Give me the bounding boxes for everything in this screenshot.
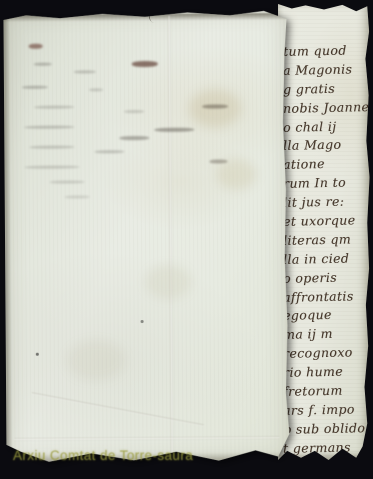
manuscript-line: lit jus re: [283,192,369,213]
photo-frame: tum quoda Magonisg gratisnobis Joanneo c… [0,0,373,479]
horizontal-crease [14,436,279,441]
manuscript-line: rum In to [283,173,369,194]
manuscript-line: egoque [283,306,369,327]
manuscript-line: recognoxo [283,343,369,364]
manuscript-line: ma ij m [283,324,369,345]
paper-grime-left [3,11,12,463]
paper-fiber [147,4,169,26]
manuscript-line: literas qm [283,230,369,251]
manuscript-line: g gratis [283,79,369,100]
underlying-manuscript-page: tum quoda Magonisg gratisnobis Joanneo c… [278,4,370,460]
main-page [3,9,289,463]
diagonal-crease [32,392,204,426]
manuscript-line: p sub oblido [283,419,369,440]
manuscript-lines: tum quoda Magonisg gratisnobis Joanneo c… [283,42,369,458]
watermark-text: Arxiu Comtat de Torre-saura [13,448,193,463]
vertical-fold-crease [167,16,173,456]
manuscript-line: o chal ij [283,117,369,138]
paper-grime-top [3,13,286,22]
manuscript-line: lla in cied [283,249,369,270]
manuscript-line: o operis [283,268,369,289]
manuscript-line: lla Mago [283,136,369,157]
manuscript-line: nobis Joanne [283,98,369,119]
manuscript-line: affrontatis [283,287,369,308]
manuscript-line: tum quod [283,41,369,62]
manuscript-line: ars f. impo [283,400,369,421]
manuscript-line: atione [283,154,369,175]
paper-sheet [3,9,289,463]
manuscript-line: et uxorque [283,211,369,232]
manuscript-line: rio hume [283,362,369,383]
manuscript-line: fretorum [283,381,369,402]
manuscript-line: t germans [283,438,369,459]
manuscript-line: a Magonis [283,60,369,81]
